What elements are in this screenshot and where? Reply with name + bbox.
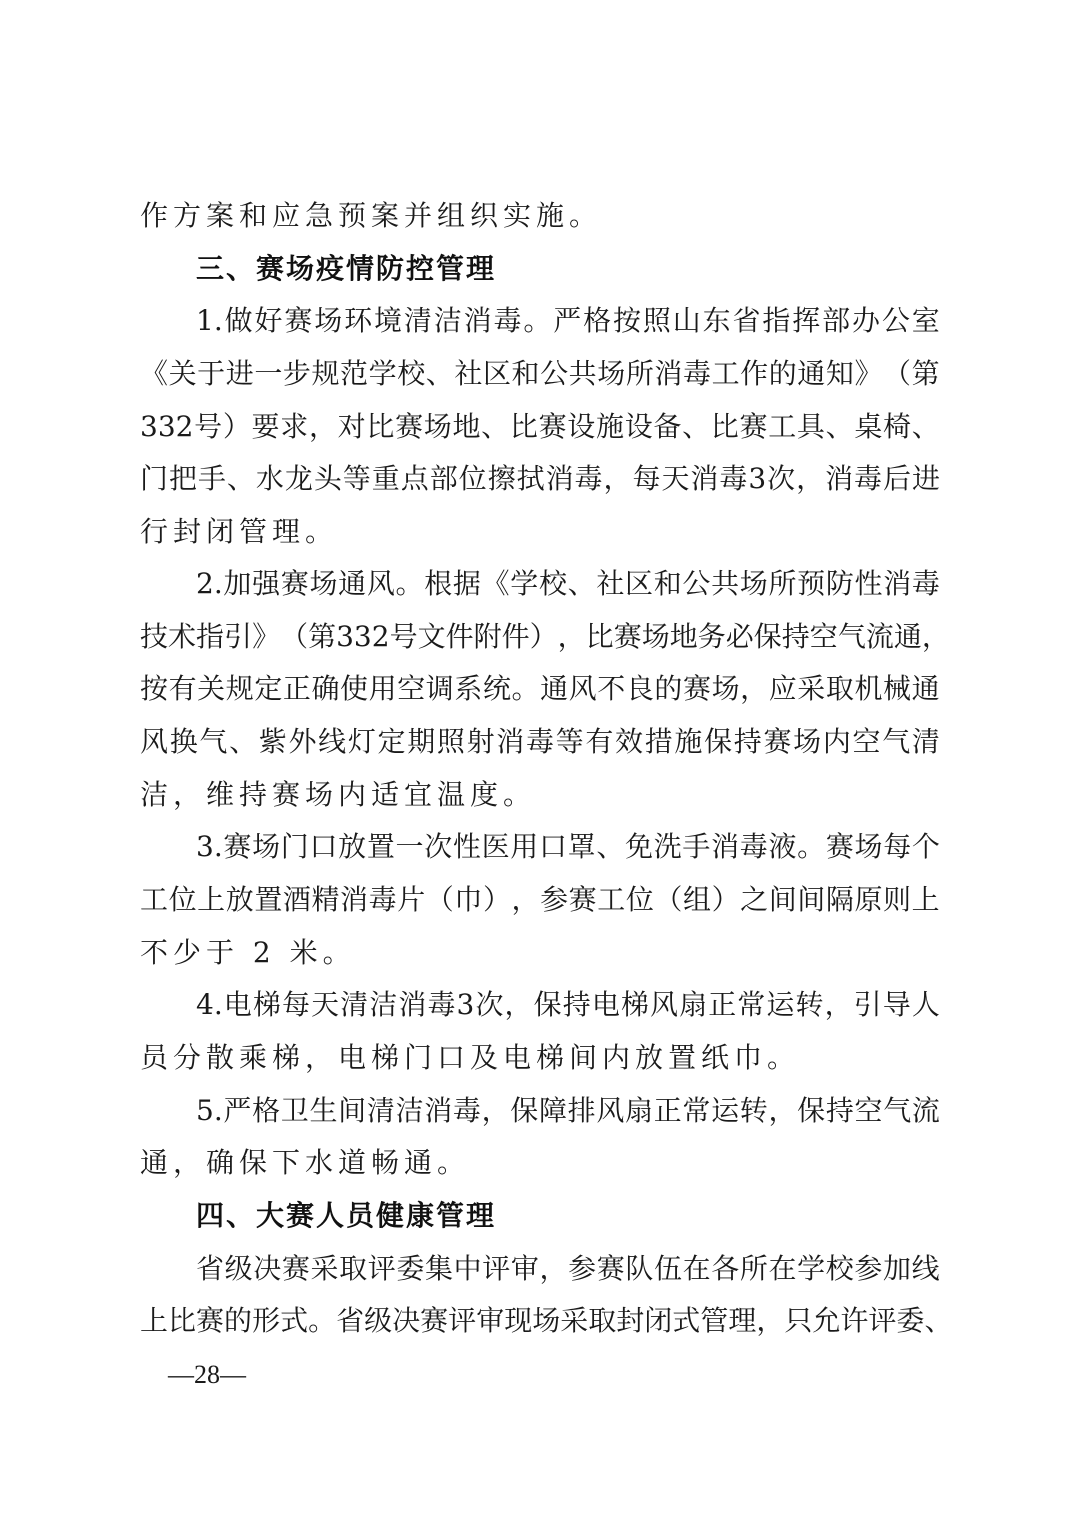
page-number: —28— — [168, 1355, 246, 1395]
text-line: 《关于进一步规范学校、社区和公共场所消毒工作的通知》（第 — [140, 354, 940, 394]
text-line: 5.严格卫生间清洁消毒，保障排风扇正常运转，保持空气流 — [196, 1091, 940, 1131]
text-line: 风换气、紫外线灯定期照射消毒等有效措施保持赛场内空气清 — [140, 722, 940, 762]
document-page: 作方案和应急预案并组织实施。 三、赛场疫情防控管理 1.做好赛场环境清洁消毒。严… — [0, 0, 1080, 1527]
text-line: 按有关规定正确使用空调系统。通风不良的赛场，应采取机械通 — [140, 669, 940, 709]
text-line: 2.加强赛场通风。根据《学校、社区和公共场所预防性消毒 — [196, 564, 940, 604]
text-line: 门把手、水龙头等重点部位擦拭消毒，每天消毒3次，消毒后进 — [140, 459, 940, 499]
section-heading-4: 四、大赛人员健康管理 — [196, 1196, 496, 1236]
text-line: 省级决赛采取评委集中评审，参赛队伍在各所在学校参加线 — [196, 1249, 940, 1289]
text-line: 1.做好赛场环境清洁消毒。严格按照山东省指挥部办公室 — [196, 301, 940, 341]
section-heading-3: 三、赛场疫情防控管理 — [196, 249, 496, 289]
text-line: 员分散乘梯，电梯门口及电梯间内放置纸巾。 — [140, 1038, 940, 1078]
text-line: 作方案和应急预案并组织实施。 — [140, 196, 940, 236]
text-line: 4.电梯每天清洁消毒3次，保持电梯风扇正常运转，引导人 — [196, 985, 940, 1025]
text-line: 洁，维持赛场内适宜温度。 — [140, 775, 940, 815]
text-line: 不少于 2 米。 — [140, 933, 940, 973]
text-line: 工位上放置酒精消毒片（巾），参赛工位（组）之间间隔原则上 — [140, 880, 940, 920]
text-line: 技术指引》（第332号文件附件），比赛场地务必保持空气流通， — [140, 617, 940, 657]
text-line: 上比赛的形式。省级决赛评审现场采取封闭式管理，只允许评委、 — [140, 1301, 940, 1341]
text-line: 3.赛场门口放置一次性医用口罩、免洗手消毒液。赛场每个 — [196, 827, 940, 867]
text-line: 通，确保下水道畅通。 — [140, 1143, 940, 1183]
text-line: 332号）要求，对比赛场地、比赛设施设备、比赛工具、桌椅、 — [140, 407, 940, 447]
text-line: 行封闭管理。 — [140, 512, 940, 552]
